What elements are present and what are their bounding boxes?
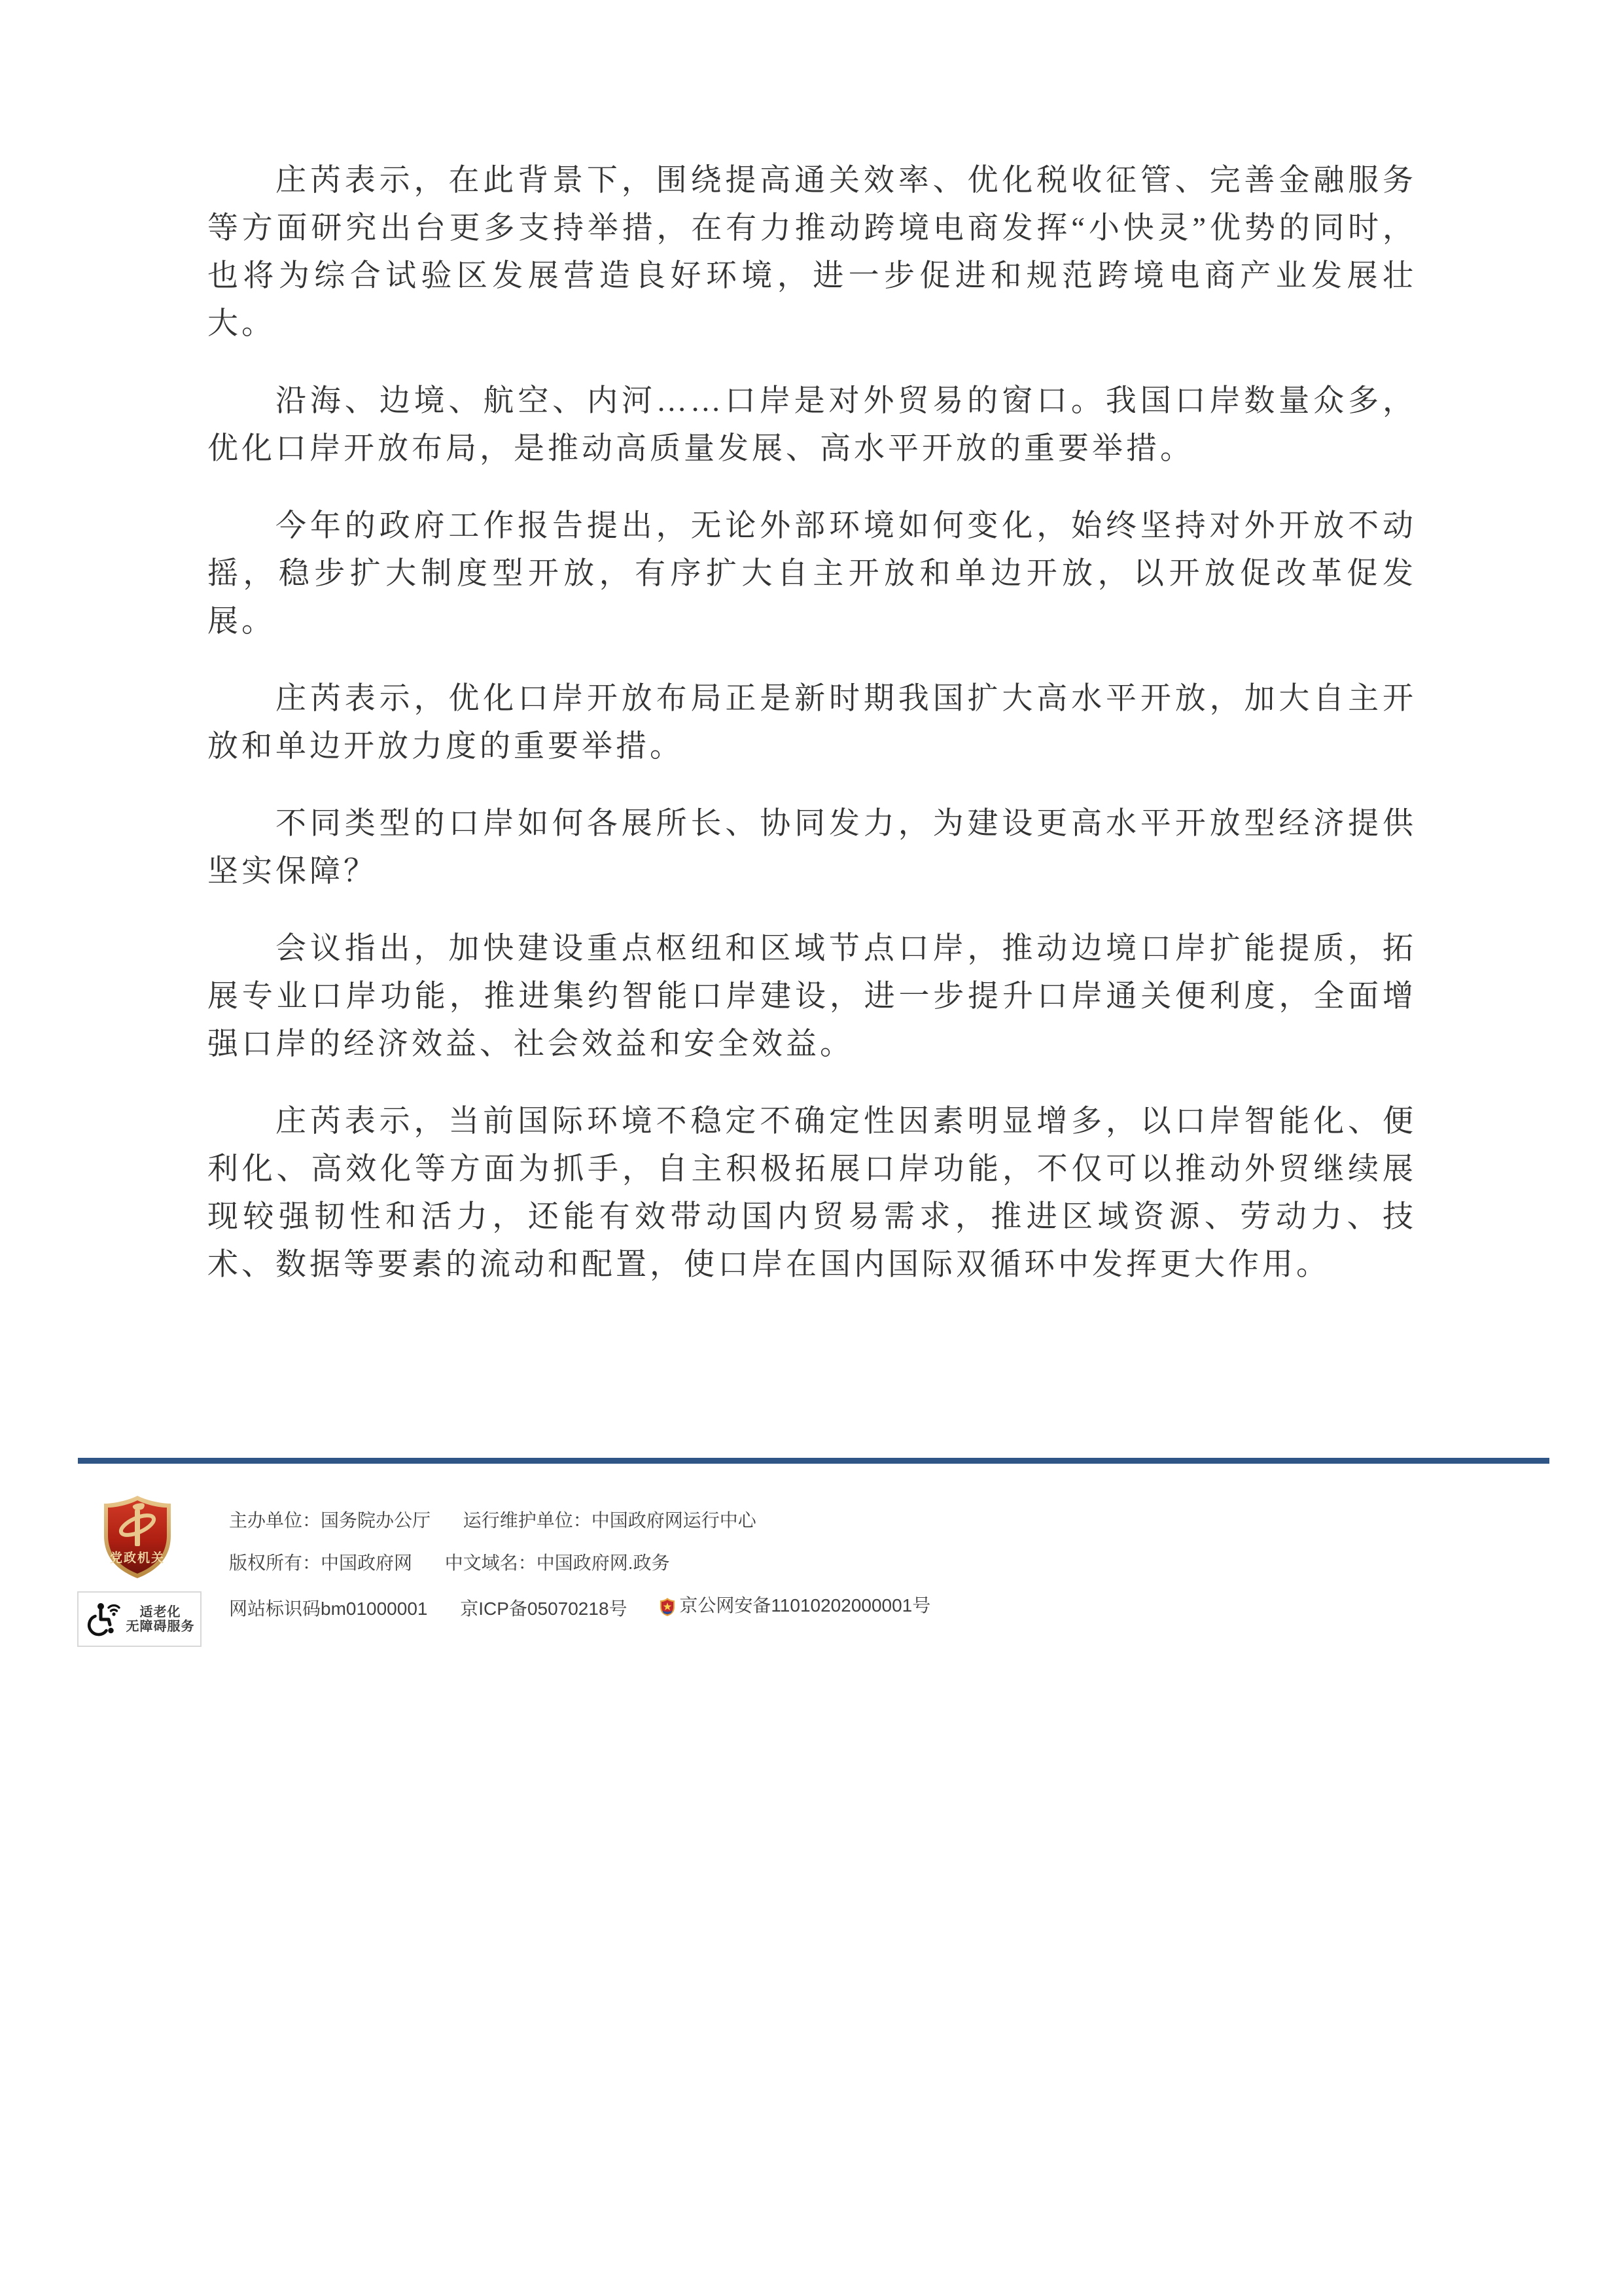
article-paragraph: 不同类型的口岸如何各展所长、协同发力，为建设更高水平开放型经济提供坚实保障？ (207, 800, 1417, 896)
site-id-label: 网站标识码bm01000001 (229, 1598, 427, 1619)
article-body: 庄芮表示，在此背景下，围绕提高通关效率、优化税收征管、完善金融服务等方面研究出台… (207, 157, 1417, 1318)
footer-divider (78, 1458, 1549, 1464)
public-security-badge-icon (660, 1598, 675, 1616)
footer-row-copyright: 版权所有：中国政府网 中文域名：中国政府网.政务 (229, 1552, 930, 1574)
footer-row-organizer: 主办单位：国务院办公厅 运行维护单位：中国政府网运行中心 (229, 1510, 930, 1532)
footer-row-registration: 网站标识码bm01000001 京ICP备05070218号 京公网安备1101… (229, 1595, 930, 1617)
article-paragraph: 今年的政府工作报告提出，无论外部环境如何变化，始终坚持对外开放不动摇，稳步扩大制… (207, 503, 1417, 646)
host-unit-label: 主办单位：国务院办公厅 (229, 1510, 431, 1530)
article-paragraph: 庄芮表示，在此背景下，围绕提高通关效率、优化税收征管、完善金融服务等方面研究出台… (207, 157, 1417, 348)
maintenance-unit-label: 运行维护单位：中国政府网运行中心 (463, 1510, 756, 1530)
page: 庄芮表示，在此背景下，围绕提高通关效率、优化税收征管、完善金融服务等方面研究出台… (0, 0, 1622, 2296)
icp-license-link[interactable]: 京ICP备05070218号 (460, 1598, 627, 1619)
psb-registration-label: 京公网安备11010202000001号 (679, 1595, 930, 1617)
article-paragraph: 沿海、边境、航空、内河……口岸是对外贸易的窗口。我国口岸数量众多，优化口岸开放布… (207, 378, 1417, 473)
copyright-label: 版权所有：中国政府网 (229, 1553, 412, 1573)
article-paragraph: 会议指出，加快建设重点枢纽和区域节点口岸，推动边境口岸扩能提质，拓展专业口岸功能… (207, 925, 1417, 1069)
public-security-registration-link[interactable]: 京公网安备11010202000001号 (660, 1595, 930, 1617)
shield-badge-icon: 党政机关 (103, 1495, 172, 1579)
accessibility-label: 适老化 无障碍服务 (124, 1605, 200, 1634)
accessibility-service-button[interactable]: 适老化 无障碍服务 (77, 1591, 202, 1647)
article-paragraph: 庄芮表示，优化口岸开放布局正是新时期我国扩大高水平开放，加大自主开放和单边开放力… (207, 675, 1417, 771)
accessibility-label-line2: 无障碍服务 (124, 1619, 196, 1634)
accessibility-label-line1: 适老化 (124, 1605, 196, 1619)
wheelchair-wifi-icon (86, 1598, 124, 1640)
party-government-agency-badge-icon[interactable]: 党政机关 (103, 1495, 172, 1579)
article-paragraph: 庄芮表示，当前国际环境不稳定不确定性因素明显增多，以口岸智能化、便利化、高效化等… (207, 1098, 1417, 1289)
footer-info: 主办单位：国务院办公厅 运行维护单位：中国政府网运行中心 版权所有：中国政府网 … (229, 1510, 930, 1637)
badge-label: 党政机关 (110, 1550, 165, 1565)
chinese-domain-label: 中文域名：中国政府网.政务 (445, 1553, 670, 1573)
